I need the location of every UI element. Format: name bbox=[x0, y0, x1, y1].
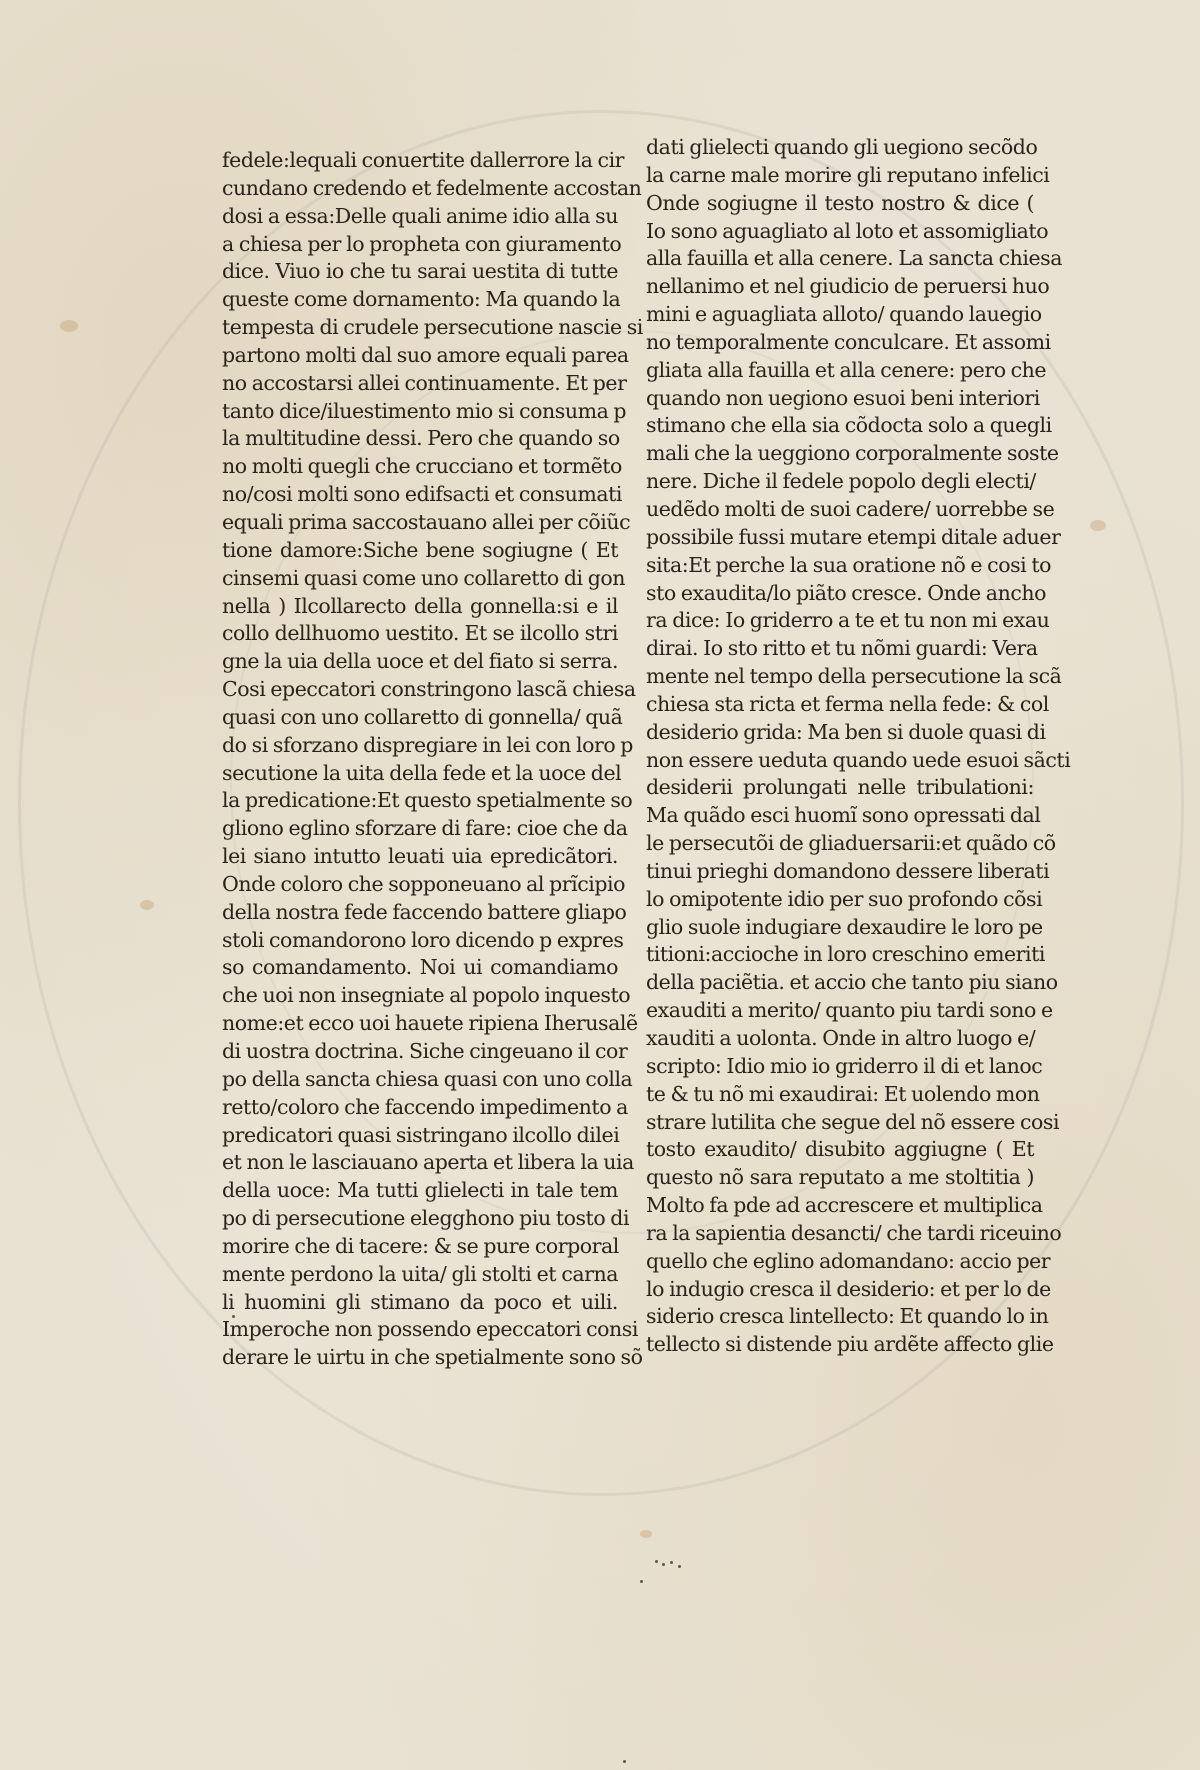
text-line: possibile fussi mutare etempi ditale adu… bbox=[646, 524, 1034, 552]
foxing-stain bbox=[140, 900, 154, 910]
text-line: nere. Diche il fedele popolo degli elect… bbox=[646, 468, 1034, 496]
text-line: quasi con uno collaretto di gonnella/ qu… bbox=[222, 704, 618, 732]
text-line: gliata alla fauilla et alla cenere: pero… bbox=[646, 357, 1034, 385]
foxing-stain bbox=[1090, 520, 1106, 531]
text-line: po della sancta chiesa quasi con uno col… bbox=[222, 1066, 618, 1094]
foxing-stain bbox=[640, 1530, 652, 1538]
ink-speck bbox=[655, 1560, 658, 1563]
text-line: so comandamento. Noi ui comandiamo bbox=[222, 954, 618, 982]
text-line: stoli comandorono loro dicendo p expres bbox=[222, 927, 618, 955]
text-line: della uoce: Ma tutti glielecti in tale t… bbox=[222, 1177, 618, 1205]
text-line: no accostarsi allei continuamente. Et pe… bbox=[222, 370, 618, 398]
ink-speck bbox=[662, 1563, 665, 1566]
text-line: scripto: Idio mio io griderro il di et l… bbox=[646, 1053, 1034, 1081]
text-line: te & tu nõ mi exaudirai: Et uolendo mon bbox=[646, 1081, 1034, 1109]
text-line: lo omipotente idio per suo profondo cõsi bbox=[646, 886, 1034, 914]
text-line: tinui prieghi domandono dessere liberati bbox=[646, 858, 1034, 886]
text-line: Io sono aguagliato al loto et assomiglia… bbox=[646, 218, 1034, 246]
text-line: la multitudine dessi. Pero che quando so bbox=[222, 425, 618, 453]
text-line: secutione la uita della fede et la uoce … bbox=[222, 760, 618, 788]
text-line: tione damore:Siche bene sogiugne ( Et bbox=[222, 537, 618, 565]
text-line: della paciẽtia. et accio che tanto piu s… bbox=[646, 969, 1034, 997]
ink-speck bbox=[678, 1565, 681, 1568]
text-line: dati glielecti quando gli uegiono secõdo bbox=[646, 134, 1034, 162]
text-line: chiesa sta ricta et ferma nella fede: & … bbox=[646, 691, 1034, 719]
text-line: po di persecutione elegghono piu tosto d… bbox=[222, 1205, 618, 1233]
text-line: nellanimo et nel giudicio de peruersi hu… bbox=[646, 273, 1034, 301]
text-line: equali prima saccostauano allei per cõiũ… bbox=[222, 509, 618, 537]
text-line: gliono eglino sforzare di fare: cioe che… bbox=[222, 815, 618, 843]
text-line: predicatori quasi sistringano ilcollo di… bbox=[222, 1122, 618, 1150]
text-line: questo nõ sara reputato a me stoltitia ) bbox=[646, 1164, 1034, 1192]
text-line: dice. Viuo io che tu sarai uestita di tu… bbox=[222, 258, 618, 286]
text-line: derare le uirtu in che spetialmente sono… bbox=[222, 1344, 618, 1372]
text-line: no/cosi molti sono edifsacti et consumat… bbox=[222, 481, 618, 509]
text-line: nella ) Ilcollarecto della gonnella:si e… bbox=[222, 593, 618, 621]
text-line: la carne male morire gli reputano infeli… bbox=[646, 162, 1034, 190]
text-line: mali che la ueggiono corporalmente soste bbox=[646, 440, 1034, 468]
text-line: gne la uia della uoce et del fiato si se… bbox=[222, 648, 618, 676]
text-line: Onde coloro che sopponeuano al prĩcipio bbox=[222, 871, 618, 899]
text-line: xauditi a uolonta. Onde in altro luogo e… bbox=[646, 1025, 1034, 1053]
text-line: lo indugio cresca il desiderio: et per l… bbox=[646, 1276, 1034, 1304]
text-line: quando non uegiono esuoi beni interiori bbox=[646, 385, 1034, 413]
text-line: desiderii prolungati nelle tribulationi: bbox=[646, 774, 1034, 802]
text-line: dosi a essa:Delle quali anime idio alla … bbox=[222, 203, 618, 231]
text-column-right: dati glielecti quando gli uegiono secõdo… bbox=[646, 134, 1034, 1359]
foxing-stain bbox=[60, 320, 78, 332]
text-line: uedẽdo molti de suoi cadere/ uorrebbe se bbox=[646, 496, 1034, 524]
text-line: partono molti dal suo amore equali parea bbox=[222, 342, 618, 370]
text-line: desiderio grida: Ma ben si duole quasi d… bbox=[646, 719, 1034, 747]
text-line: siderio cresca lintellecto: Et quando lo… bbox=[646, 1303, 1034, 1331]
text-line: quello che eglino adomandano: accio per bbox=[646, 1248, 1034, 1276]
text-line: alla fauilla et alla cenere. La sancta c… bbox=[646, 245, 1034, 273]
text-line: Imperoche non possendo epeccatori consi bbox=[222, 1316, 618, 1344]
ink-speck bbox=[623, 1760, 626, 1763]
text-line: fedele:lequali conuertite dallerrore la … bbox=[222, 147, 618, 175]
text-line: no molti quegli che crucciano et tormẽto bbox=[222, 453, 618, 481]
text-line: tanto dice/iluestimento mio si consuma p bbox=[222, 398, 618, 426]
text-line: mente perdono la uita/ gli stolti et car… bbox=[222, 1261, 618, 1289]
text-line: ra dice: Io griderro a te et tu non mi e… bbox=[646, 607, 1034, 635]
text-line: cundano credendo et fedelmente accostan bbox=[222, 175, 618, 203]
text-line: li huomini gli stimano da poco et uili. bbox=[222, 1289, 618, 1317]
text-line: Cosi epeccatori constringono lascã chies… bbox=[222, 676, 618, 704]
text-line: nome:et ecco uoi hauete ripiena Iherusal… bbox=[222, 1010, 618, 1038]
text-line: no temporalmente conculcare. Et assomi bbox=[646, 329, 1034, 357]
text-line: exauditi a merito/ quanto piu tardi sono… bbox=[646, 997, 1034, 1025]
text-line: sto exaudita/lo piãto cresce. Onde ancho bbox=[646, 580, 1034, 608]
text-line: le persecutõi de gliaduersarii:et quãdo … bbox=[646, 830, 1034, 858]
text-line: mente nel tempo della persecutione la sc… bbox=[646, 663, 1034, 691]
text-line: retto/coloro che faccendo impedimento a bbox=[222, 1094, 618, 1122]
text-line: stimano che ella sia cõdocta solo a queg… bbox=[646, 412, 1034, 440]
text-line: Ma quãdo esci huomĩ sono opressati dal bbox=[646, 802, 1034, 830]
text-line: tempesta di crudele persecutione nascie … bbox=[222, 314, 618, 342]
text-line: titioni:accioche in loro creschino emeri… bbox=[646, 941, 1034, 969]
text-line: Molto fa pde ad accrescere et multiplica bbox=[646, 1192, 1034, 1220]
text-line: cinsemi quasi come uno collaretto di gon bbox=[222, 565, 618, 593]
text-line: tellecto si distende piu ardẽte affecto … bbox=[646, 1331, 1034, 1359]
text-line: morire che di tacere: & se pure corporal bbox=[222, 1233, 618, 1261]
text-line: Onde sogiugne il testo nostro & dice ( bbox=[646, 190, 1034, 218]
text-line: di uostra doctrina. Siche cingeuano il c… bbox=[222, 1038, 618, 1066]
ink-speck bbox=[640, 1580, 643, 1583]
text-line: a chiesa per lo propheta con giuramento bbox=[222, 231, 618, 259]
text-line: della nostra fede faccendo battere gliap… bbox=[222, 899, 618, 927]
text-line: mini e aguagliata alloto/ quando lauegio bbox=[646, 301, 1034, 329]
text-line: la predicatione:Et questo spetialmente s… bbox=[222, 787, 618, 815]
text-line: non essere ueduta quando uede esuoi sãct… bbox=[646, 747, 1034, 775]
text-line: do si sforzano dispregiare in lei con lo… bbox=[222, 732, 618, 760]
text-line: collo dellhuomo uestito. Et se ilcollo s… bbox=[222, 620, 618, 648]
text-line: glio suole indugiare dexaudire le loro p… bbox=[646, 914, 1034, 942]
text-line: et non le lasciauano aperta et libera la… bbox=[222, 1149, 618, 1177]
book-page: fedele:lequali conuertite dallerrore la … bbox=[0, 0, 1200, 1770]
ink-speck bbox=[670, 1561, 673, 1564]
text-line: che uoi non insegniate al popolo inquest… bbox=[222, 982, 618, 1010]
text-line: sita:Et perche la sua oratione nõ e cosi… bbox=[646, 552, 1034, 580]
text-line: ra la sapientia desancti/ che tardi rice… bbox=[646, 1220, 1034, 1248]
text-line: lei siano intutto leuati uia epredicãtor… bbox=[222, 843, 618, 871]
text-line: tosto exaudito/ disubito aggiugne ( Et bbox=[646, 1136, 1034, 1164]
text-column-left: fedele:lequali conuertite dallerrore la … bbox=[222, 147, 618, 1372]
text-line: dirai. Io sto ritto et tu nõmi guardi: V… bbox=[646, 635, 1034, 663]
text-line: strare lutilita che segue del nõ essere … bbox=[646, 1109, 1034, 1137]
text-line: queste come dornamento: Ma quando la bbox=[222, 286, 618, 314]
